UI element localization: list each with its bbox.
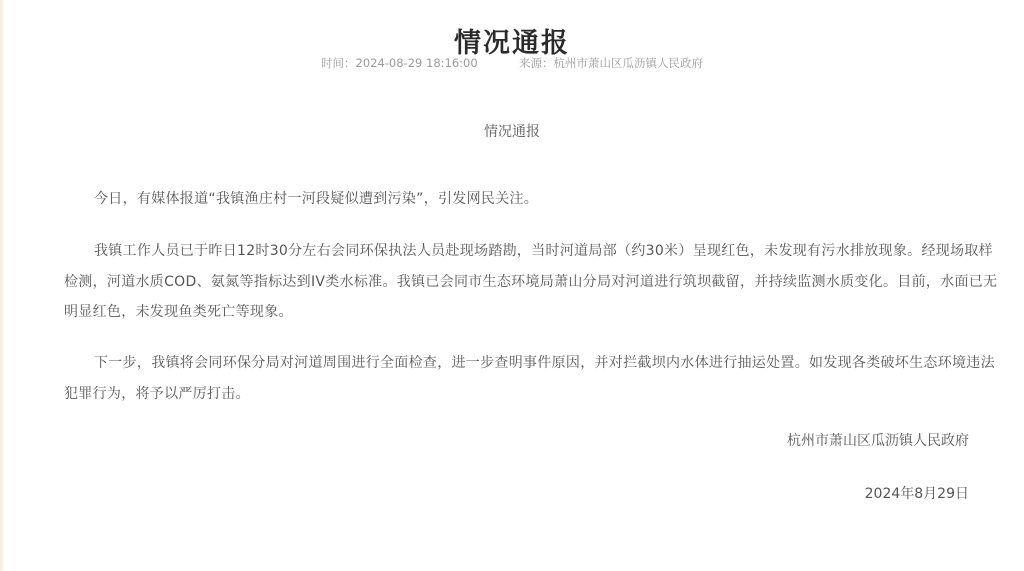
- publish-time-value: 2024-08-29 18:16:00: [356, 56, 478, 70]
- publish-time-label: 时间：: [321, 56, 356, 70]
- article-source: 来源：杭州市萧山区瓜沥镇人民政府: [519, 54, 703, 72]
- issuer-signature: 杭州市萧山区瓜沥镇人民政府: [787, 430, 969, 452]
- body-paragraph-1: 今日，有媒体报道“我镇渔庄村一河段疑似遭到污染”，引发网民关注。: [64, 184, 1000, 215]
- article-meta: 时间：2024-08-29 18:16:00 来源：杭州市萧山区瓜沥镇人民政府: [0, 54, 1024, 72]
- source-value: 杭州市萧山区瓜沥镇人民政府: [553, 56, 703, 70]
- notice-page: 情况通报 时间：2024-08-29 18:16:00 来源：杭州市萧山区瓜沥镇…: [0, 0, 1024, 571]
- body-paragraph-3: 下一步，我镇将会同环保分局对河道周围进行全面检查，进一步查明事件原因，并对拦截坝…: [64, 348, 1000, 409]
- body-paragraph-2: 我镇工作人员已于昨日12时30分左右会同环保执法人员赴现场踏勘，当时河道局部（约…: [64, 236, 1000, 328]
- notice-subtitle: 情况通报: [0, 121, 1024, 143]
- source-label: 来源：: [519, 56, 554, 70]
- issue-date: 2024年8月29日: [865, 483, 969, 505]
- publish-time: 时间：2024-08-29 18:16:00: [321, 54, 478, 72]
